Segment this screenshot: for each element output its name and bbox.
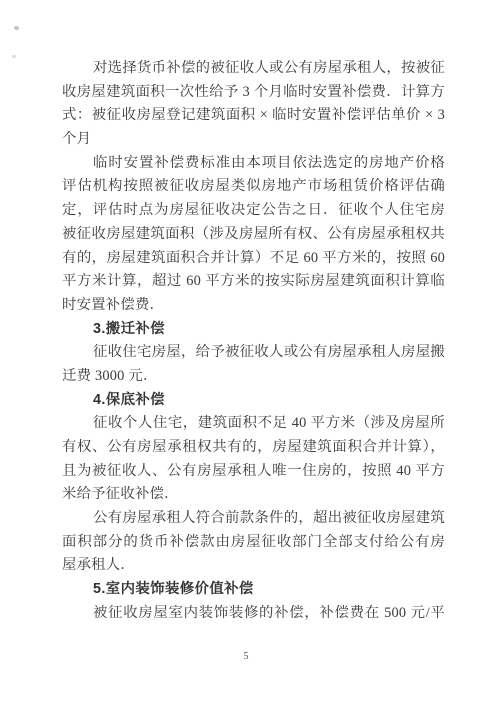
text-line: 时安置补偿费． (62, 294, 445, 318)
text-line: 收房屋建筑面积一次性给予 3 个月临时安置补偿费．计算方 (62, 81, 445, 105)
text-line: 评估机构按照被征收房屋类似房地产市场租赁价格评估确 (62, 175, 445, 199)
text-line: 且为被征收人、公有房屋承租人唯一住房的，按照 40 平方 (62, 460, 445, 484)
section-heading: 4.保底补偿 (62, 389, 445, 413)
text-line: 迁费 3000 元． (62, 365, 445, 389)
text-line: 被征收房屋建筑面积（涉及房屋所有权、公有房屋承租权共 (62, 223, 445, 247)
text-line: 对选择货币补偿的被征收人或公有房屋承租人，按被征 (62, 57, 445, 81)
text-line: 式：被征收房屋登记建筑面积 × 临时安置补偿评估单价 × 3 (62, 104, 445, 128)
text-line: 平方米计算，超过 60 平方米的按实际房屋建筑面积计算临 (62, 270, 445, 294)
text-line: 征收个人住宅，建筑面积不足 40 平方米（涉及房屋所 (62, 412, 445, 436)
text-line: 公有房屋承租人符合前款条件的，超出被征收房屋建筑 (62, 507, 445, 531)
scan-artifact-speck (12, 55, 17, 59)
text-line: 被征收房屋室内装饰装修的补偿，补偿费在 500 元/平 (62, 602, 445, 626)
text-line: 米给予征收补偿． (62, 483, 445, 507)
text-line: 征收住宅房屋，给予被征收人或公有房屋承租人房屋搬 (62, 341, 445, 365)
section-heading: 3.搬迁补偿 (62, 318, 445, 342)
text-block: 对选择货币补偿的被征收人或公有房屋承租人，按被征收房屋建筑面积一次性给予 3 个… (62, 57, 445, 626)
text-line: 临时安置补偿费标准由本项目依法选定的房地产价格 (62, 152, 445, 176)
text-line: 面积部分的货币补偿款由房屋征收部门全部支付给公有房 (62, 531, 445, 555)
text-line: 定，评估时点为房屋征收决定公告之日．征收个人住宅房屋， (62, 199, 445, 223)
text-line: 个月 (62, 128, 445, 152)
page-number: 5 (0, 651, 492, 662)
text-line: 有的，房屋建筑面积合并计算）不足 60 平方米的，按照 60 (62, 247, 445, 271)
scan-artifact-speck (13, 25, 19, 31)
text-line: 屋承租人． (62, 554, 445, 578)
text-line: 有权、公有房屋承租权共有的，房屋建筑面积合并计算）， (62, 436, 445, 460)
document-page: 对选择货币补偿的被征收人或公有房屋承租人，按被征收房屋建筑面积一次性给予 3 个… (0, 0, 500, 707)
section-heading: 5.室内装饰装修价值补偿 (62, 578, 445, 602)
